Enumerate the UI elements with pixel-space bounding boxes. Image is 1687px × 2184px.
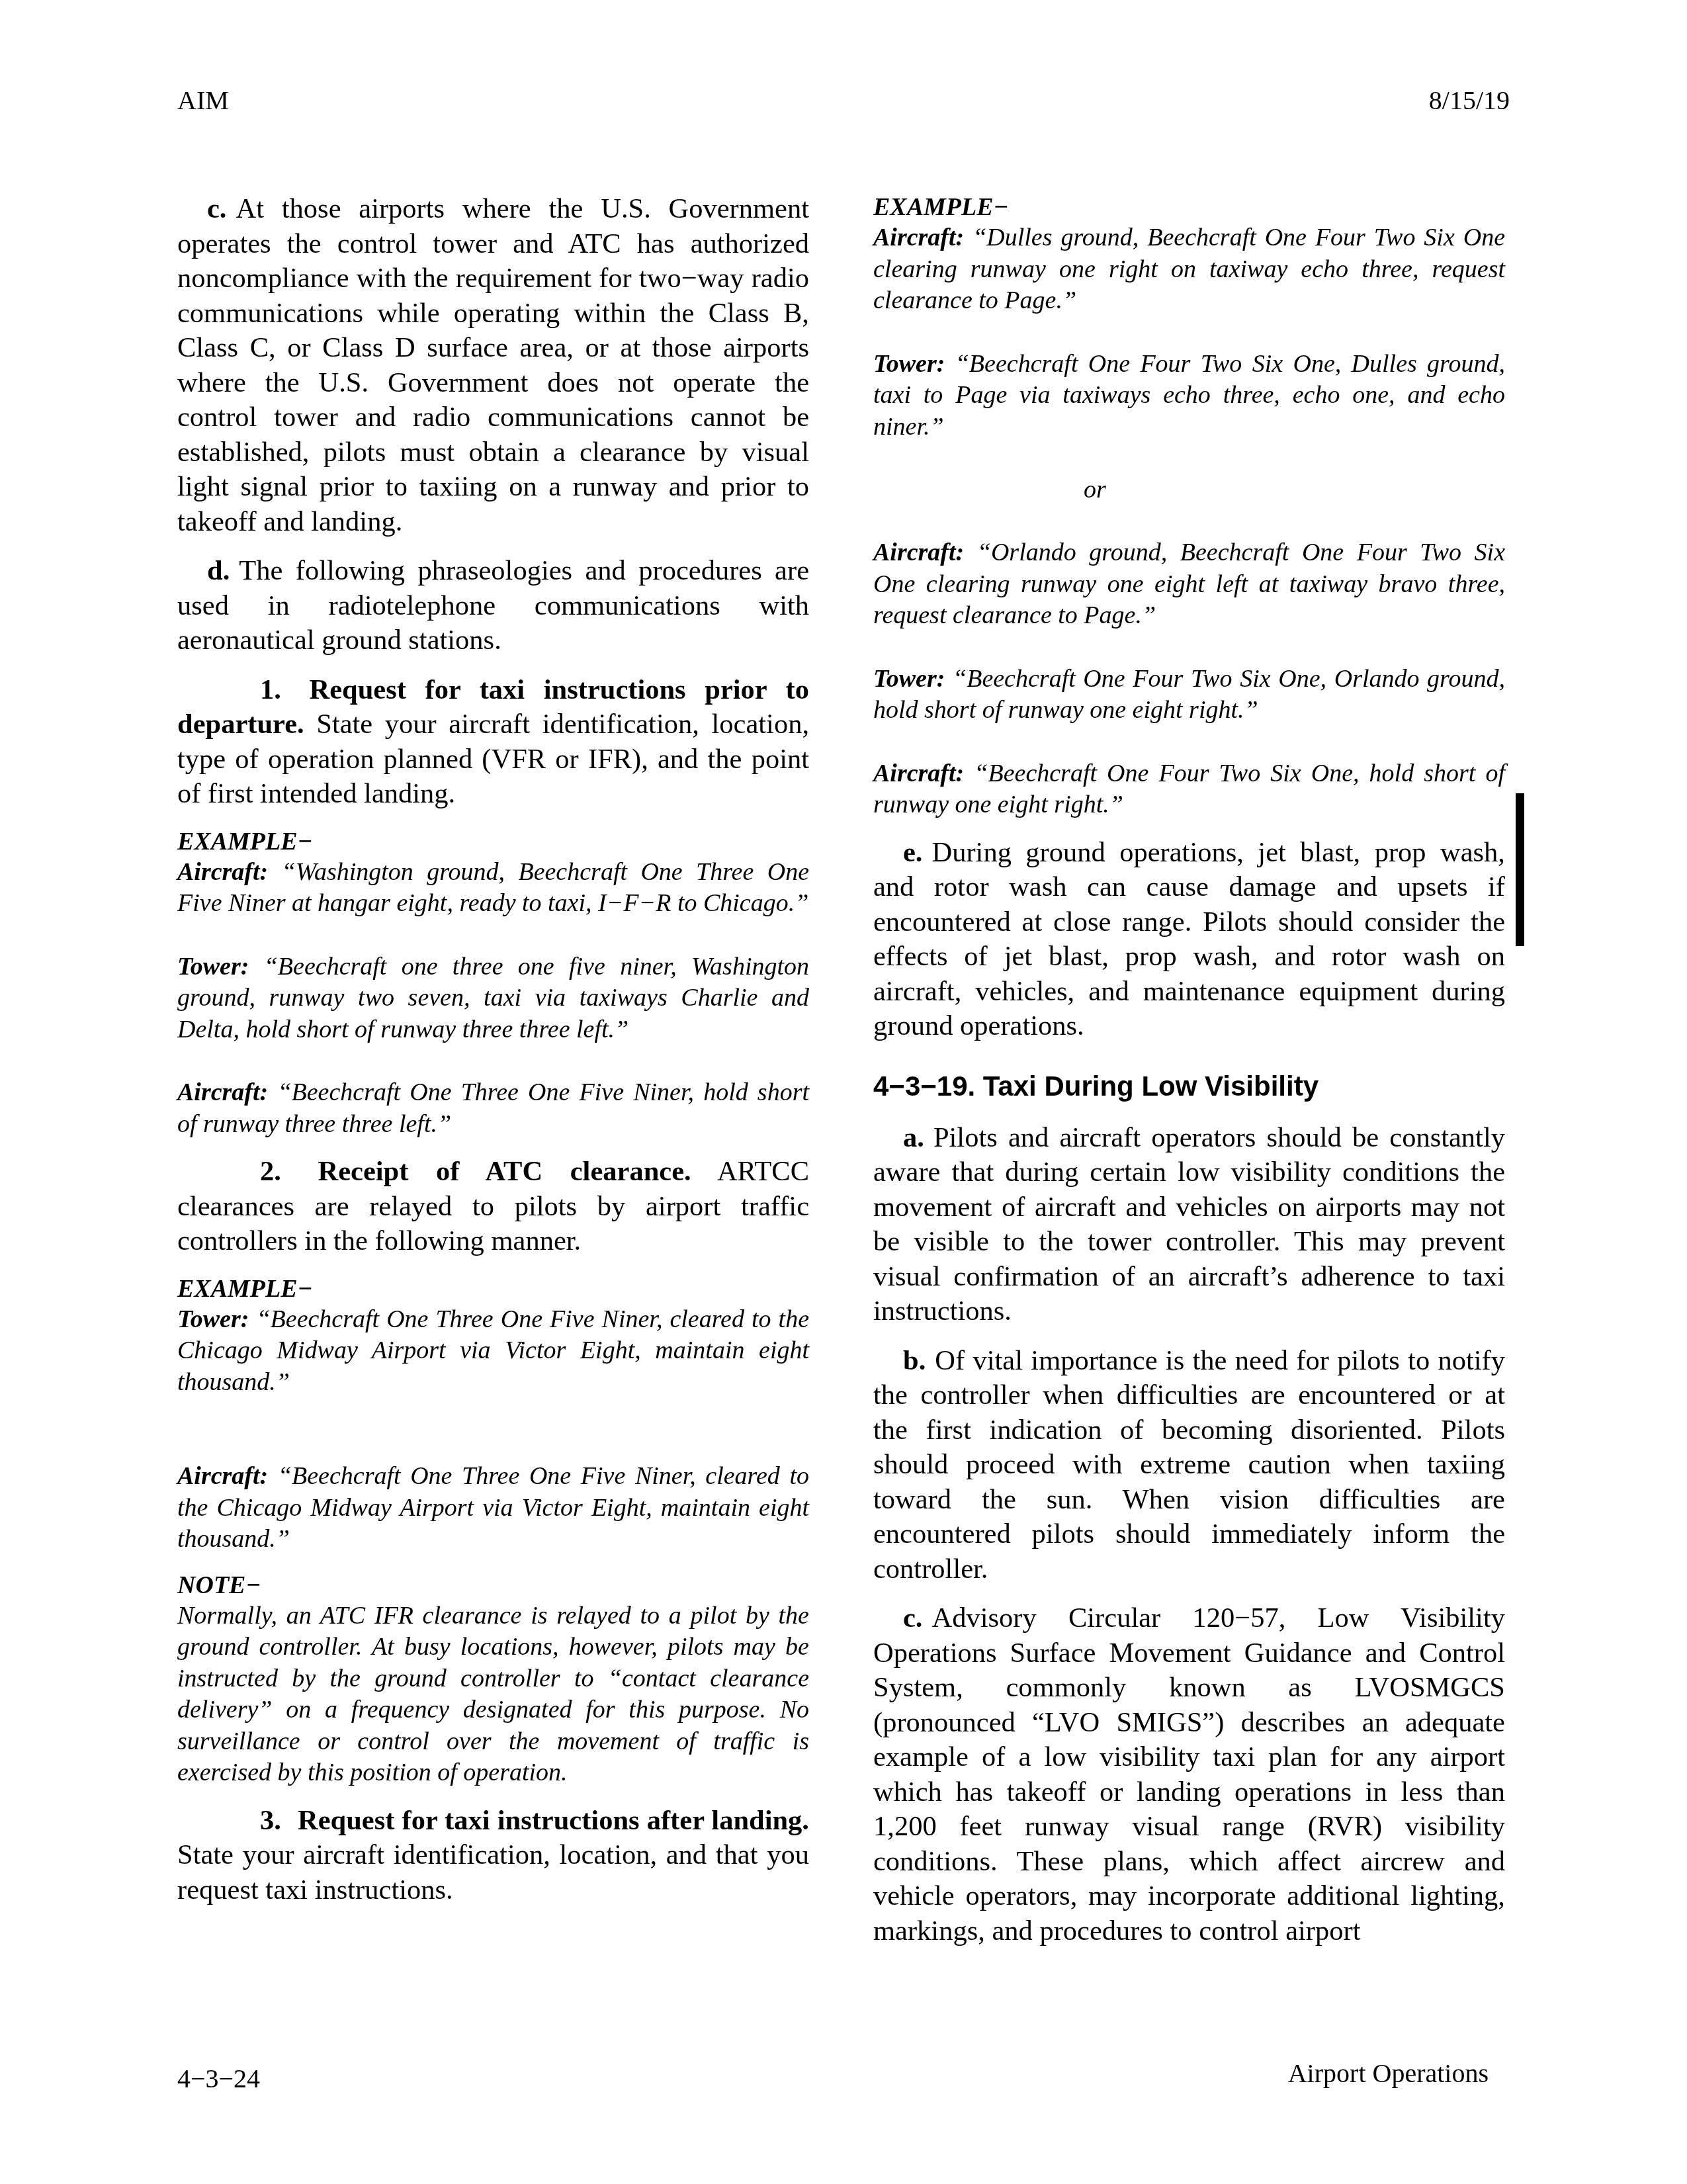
example-line: Tower: “Beechcraft One Four Two Six One,…	[873, 349, 1505, 443]
item-3: 3. Request for taxi instructions after l…	[177, 1804, 809, 1908]
right-column: EXAMPLE− Aircraft: “Dulles ground, Beech…	[873, 192, 1505, 1963]
example-line: Aircraft: “Dulles ground, Beechcraft One…	[873, 222, 1505, 317]
transmission-text: “Beechcraft One Three One Five Niner, cl…	[177, 1462, 809, 1553]
paragraph-label: e.	[903, 837, 923, 868]
transmission-text: “Orlando ground, Beechcraft One Four Two…	[873, 539, 1505, 629]
revision-change-bar	[1516, 793, 1524, 946]
transmission-text: “Beechcraft One Four Two Six One, Orland…	[873, 665, 1505, 724]
item-title: Request for taxi instructions after land…	[298, 1805, 809, 1836]
speaker-label: Tower:	[177, 1305, 249, 1333]
speaker-label: Aircraft:	[873, 760, 964, 787]
paragraph-text: Pilots and aircraft operators should be …	[873, 1122, 1505, 1327]
example-line: Tower: “Beechcraft One Three One Five Ni…	[177, 1304, 809, 1399]
paragraph-label: c.	[903, 1602, 923, 1634]
speaker-label: Aircraft:	[873, 539, 964, 566]
note-text: Normally, an ATC IFR clearance is relaye…	[177, 1600, 809, 1789]
example-line: Aircraft: “Beechcraft One Three One Five…	[177, 1077, 809, 1140]
paragraph-d: d.The following phraseologies and proced…	[177, 554, 809, 658]
running-header-date: 8/15/19	[1429, 85, 1510, 116]
example-heading: EXAMPLE−	[873, 192, 1505, 222]
paragraph-text: Advisory Circular 120−57, Low Visibility…	[873, 1602, 1505, 1946]
example-line: Tower: “Beechcraft One Four Two Six One,…	[873, 664, 1505, 726]
example-line: Tower: “Beechcraft one three one five ni…	[177, 951, 809, 1046]
example-block-3: EXAMPLE− Aircraft: “Dulles ground, Beech…	[873, 192, 1505, 821]
example-line: Aircraft: “Beechcraft One Four Two Six O…	[873, 758, 1505, 821]
paragraph-label: c.	[207, 193, 227, 224]
example-heading: EXAMPLE−	[177, 826, 809, 857]
paragraph-c: c.At those airports where the U.S. Gover…	[177, 192, 809, 539]
paragraph-text: At those airports where the U.S. Governm…	[177, 193, 809, 537]
transmission-text: “Washington ground, Beechcraft One Three…	[177, 858, 809, 918]
section-paragraph-a: a.Pilots and aircraft operators should b…	[873, 1121, 1505, 1329]
item-title: Receipt of ATC clearance.	[318, 1156, 691, 1187]
speaker-label: Tower:	[873, 665, 945, 693]
paragraph-label: a.	[903, 1122, 924, 1153]
section-paragraph-c: c.Advisory Circular 120−57, Low Visibili…	[873, 1601, 1505, 1948]
item-number: 1.	[260, 674, 281, 705]
transmission-text: “Beechcraft One Three One Five Niner, ho…	[177, 1078, 809, 1138]
paragraph-e: e.During ground operations, jet blast, p…	[873, 836, 1505, 1044]
speaker-label: Tower:	[177, 953, 249, 981]
item-2: 2. Receipt of ATC clearance. ARTCC clear…	[177, 1155, 809, 1259]
item-number: 2.	[260, 1156, 281, 1187]
speaker-label: Aircraft:	[873, 224, 964, 251]
paragraph-text: The following phraseologies and procedur…	[177, 555, 809, 656]
example-line: Aircraft: “Washington ground, Beechcraft…	[177, 857, 809, 920]
running-header-left: AIM	[177, 85, 229, 116]
or-separator: or	[873, 474, 1505, 505]
section-heading: 4−3−19. Taxi During Low Visibility	[873, 1069, 1505, 1104]
paragraph-label: d.	[207, 555, 230, 586]
example-line: Aircraft: “Beechcraft One Three One Five…	[177, 1461, 809, 1555]
item-number: 3.	[260, 1805, 281, 1836]
example-heading: EXAMPLE−	[177, 1274, 809, 1304]
speaker-label: Aircraft:	[177, 1462, 268, 1490]
example-line: Aircraft: “Orlando ground, Beechcraft On…	[873, 537, 1505, 632]
transmission-text: “Beechcraft One Three One Five Niner, cl…	[177, 1305, 809, 1396]
transmission-text: “Beechcraft one three one five niner, Wa…	[177, 953, 809, 1043]
speaker-label: Aircraft:	[177, 1078, 268, 1106]
note-heading: NOTE−	[177, 1570, 809, 1600]
transmission-text: “Dulles ground, Beechcraft One Four Two …	[873, 224, 1505, 314]
item-text: State your aircraft identification, loca…	[177, 1839, 809, 1905]
paragraph-text: Of vital importance is the need for pilo…	[873, 1345, 1505, 1585]
transmission-text: “Beechcraft One Four Two Six One, hold s…	[873, 760, 1505, 819]
speaker-label: Aircraft:	[177, 858, 268, 886]
example-block-1: EXAMPLE− Aircraft: “Washington ground, B…	[177, 826, 809, 1141]
page-number: 4−3−24	[177, 2063, 260, 2094]
paragraph-label: b.	[903, 1345, 926, 1376]
paragraph-text: During ground operations, jet blast, pro…	[873, 837, 1505, 1042]
left-column: c.At those airports where the U.S. Gover…	[177, 192, 809, 1922]
note-block: NOTE− Normally, an ATC IFR clearance is …	[177, 1570, 809, 1789]
section-paragraph-b: b.Of vital importance is the need for pi…	[873, 1344, 1505, 1587]
transmission-text: “Beechcraft One Four Two Six One, Dulles…	[873, 350, 1505, 441]
item-1: 1. Request for taxi instructions prior t…	[177, 673, 809, 812]
speaker-label: Tower:	[873, 350, 945, 378]
example-block-2: EXAMPLE− Tower: “Beechcraft One Three On…	[177, 1274, 809, 1555]
chapter-name: Airport Operations	[1288, 2058, 1489, 2089]
